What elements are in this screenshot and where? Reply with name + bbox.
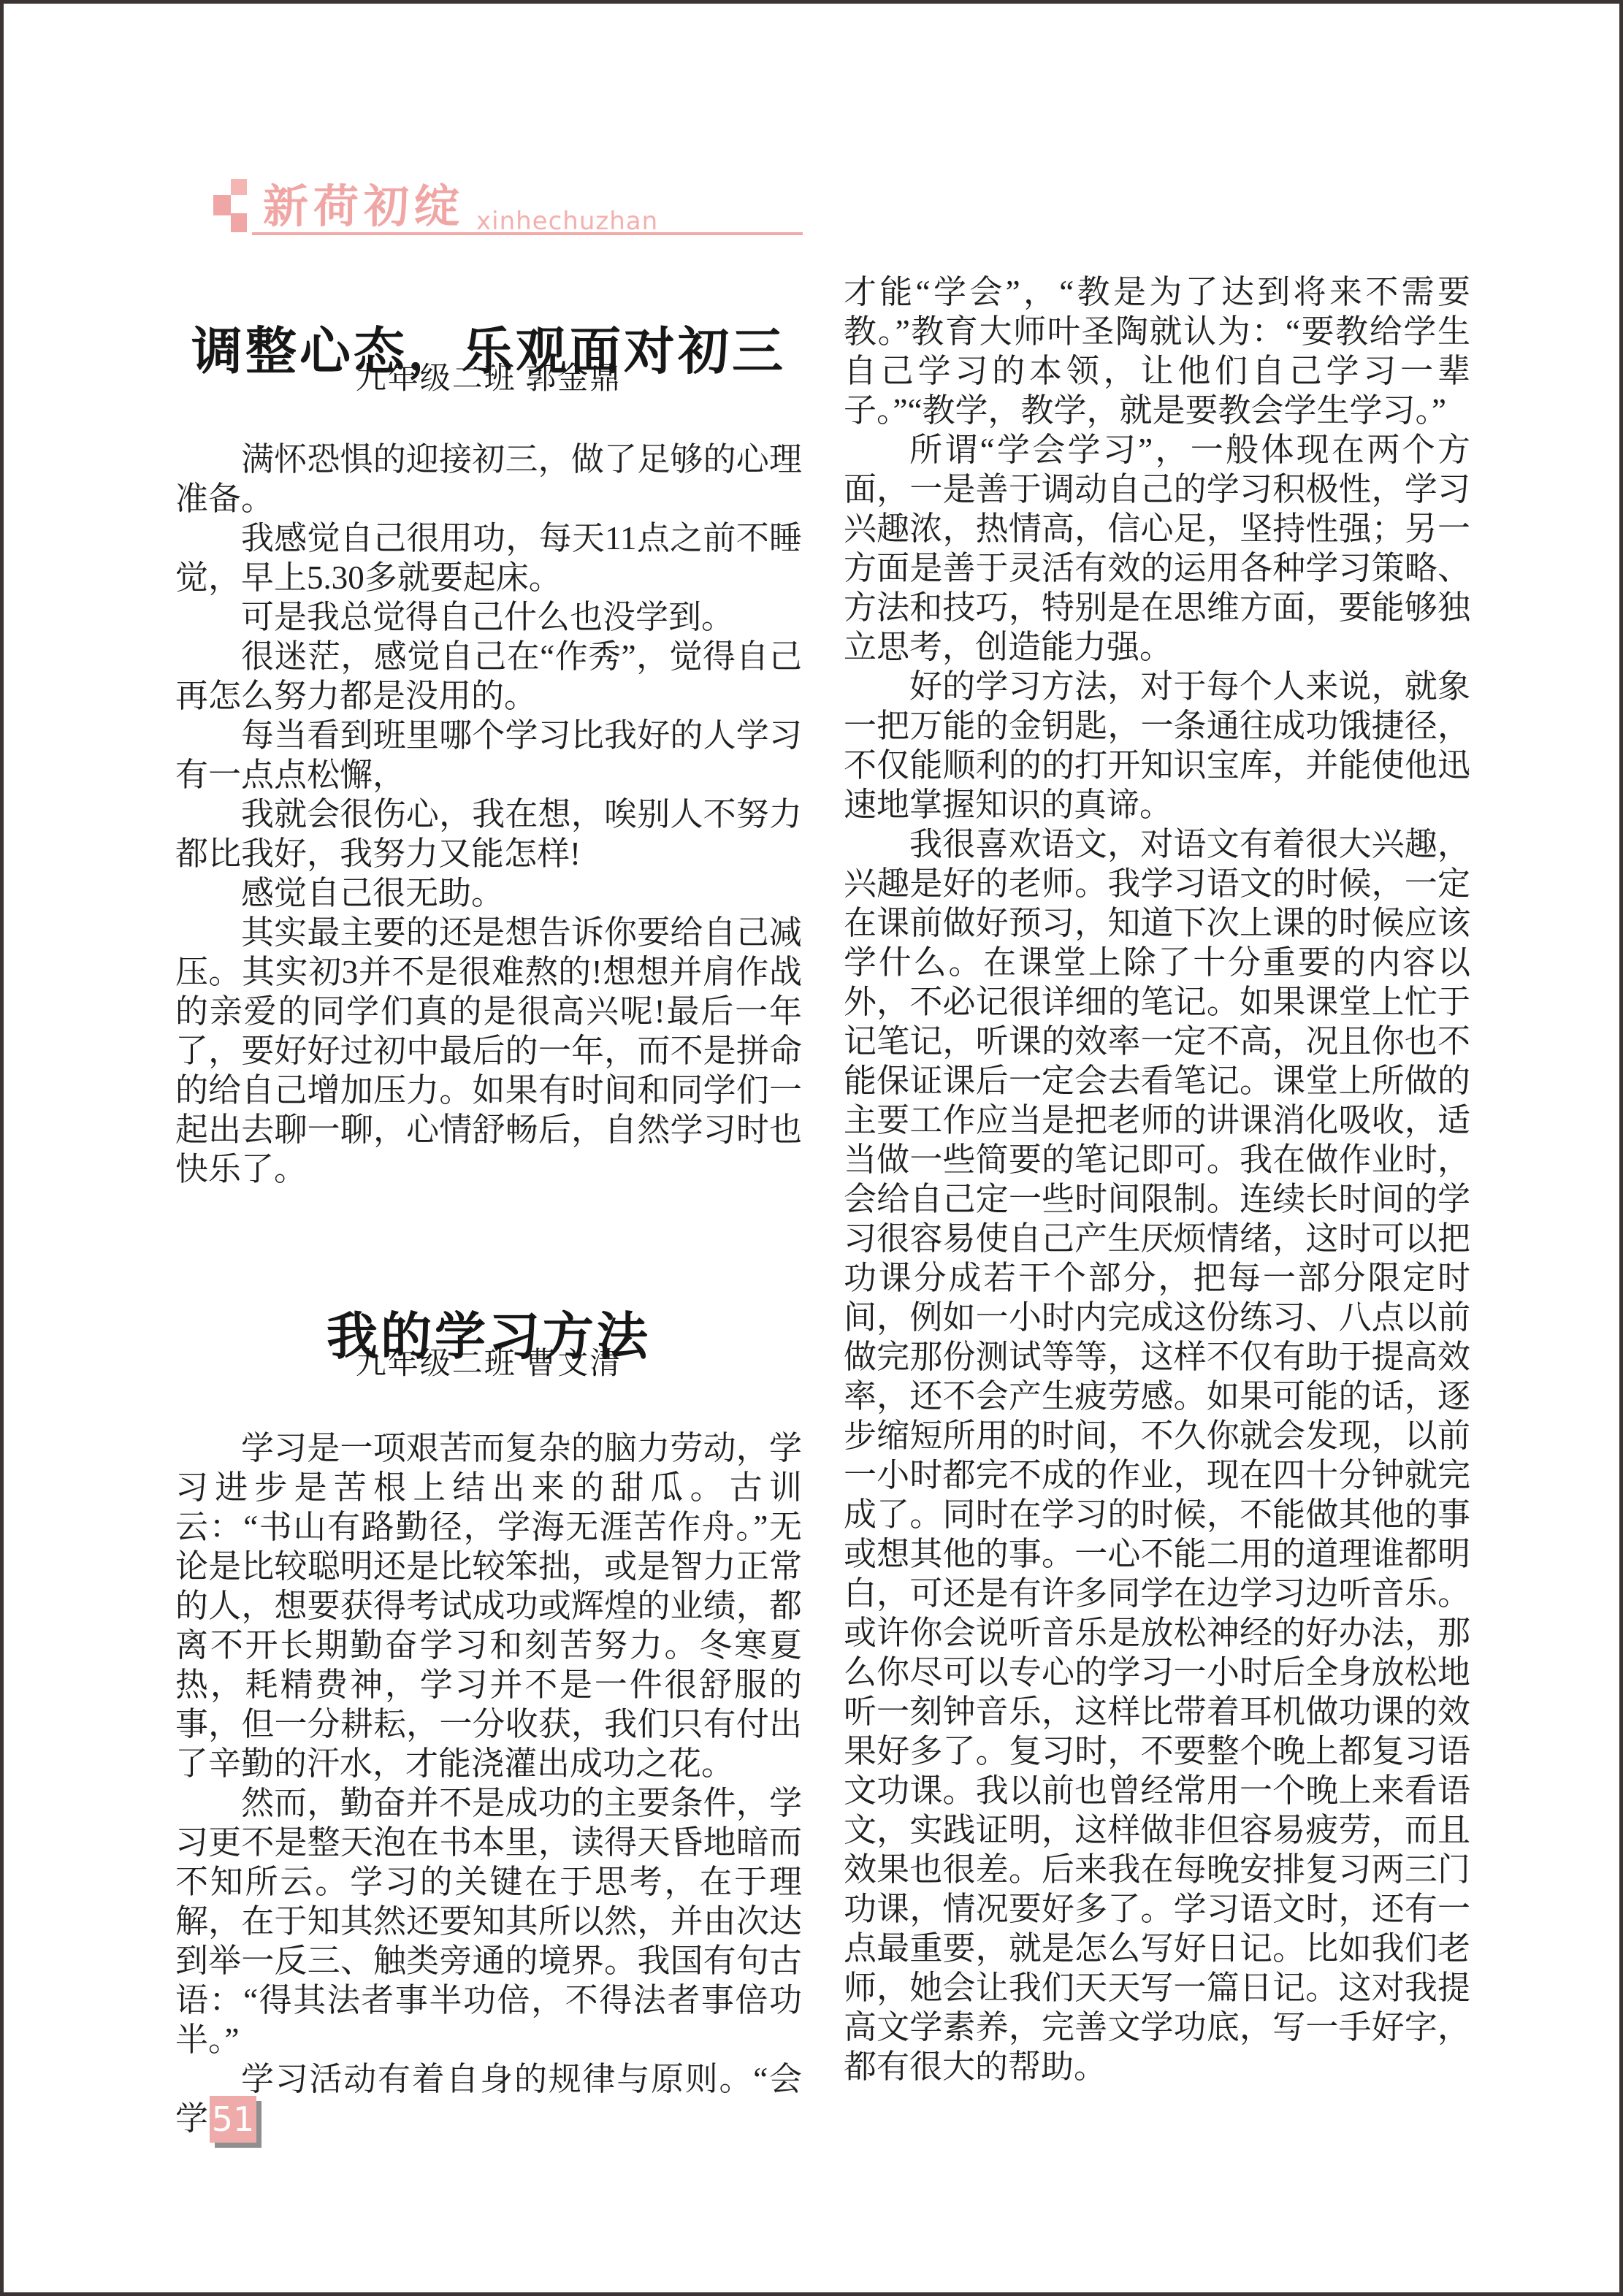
paragraph: 我很喜欢语文，对语文有着很大兴趣，兴趣是好的老师。我学习语文的时候，一定在课前做… (844, 824, 1470, 2086)
paragraph: 然而，勤奋并不是成功的主要条件，学习更不是整天泡在书本里，读得天昏地暗而不知所云… (175, 1783, 802, 2059)
paragraph: 很迷茫，感觉自己在“作秀”，觉得自己再怎么努力都是没用的。 (175, 637, 802, 716)
paragraph: 每当看到班里哪个学习比我好的人学习有一点点松懈， (175, 716, 802, 795)
paragraph: 感觉自己很无助。 (175, 873, 802, 913)
paragraph: 我就会很伤心，我在想，唉别人不努力都比我好，我努力又能怎样! (175, 795, 802, 873)
paragraph: 才能“学会”，“教是为了达到将来不需要教。”教育大师叶圣陶就认为：“要教给学生自… (844, 272, 1470, 430)
paragraph: 我感觉自己很用功，每天11点之前不睡觉，早上5.30多就要起床。 (175, 518, 802, 597)
paragraph: 其实最主要的还是想告诉你要给自己减压。其实初3并不是很难熬的!想想并肩作战的亲爱… (175, 913, 802, 1189)
article2-body: 学习是一项艰苦而复杂的脑力劳动，学习进步是苦根上结出来的甜瓜。古训云：“书山有路… (175, 1428, 802, 2138)
paragraph: 学习是一项艰苦而复杂的脑力劳动，学习进步是苦根上结出来的甜瓜。古训云：“书山有路… (175, 1428, 802, 1783)
paragraph: 好的学习方法，对于每个人来说，就象一把万能的金钥匙，一条通往成功饿捷径，不仅能顺… (844, 667, 1470, 824)
left-column: 调整心态，乐观面对初三 九年级二班 郭金鼎 满怀恐惧的迎接初三，做了足够的心理准… (175, 0, 802, 2296)
right-column: 才能“学会”，“教是为了达到将来不需要教。”教育大师叶圣陶就认为：“要教给学生自… (844, 272, 1470, 2086)
paragraph: 所谓“学会学习”，一般体现在两个方面，一是善于调动自己的学习积极性，学习兴趣浓，… (844, 430, 1470, 667)
paragraph: 可是我总觉得自己什么也没学到。 (175, 597, 802, 637)
article1-body: 满怀恐惧的迎接初三，做了足够的心理准备。 我感觉自己很用功，每天11点之前不睡觉… (175, 440, 802, 1189)
paragraph: 学习活动有着自身的规律与原则。“会学” (175, 2059, 802, 2138)
article1-byline: 九年级二班 郭金鼎 (175, 361, 802, 397)
page-number-badge: 51 (210, 2096, 256, 2143)
article2-byline: 九年级二班 曹文清 (175, 1346, 802, 1382)
paragraph: 满怀恐惧的迎接初三，做了足够的心理准备。 (175, 440, 802, 518)
